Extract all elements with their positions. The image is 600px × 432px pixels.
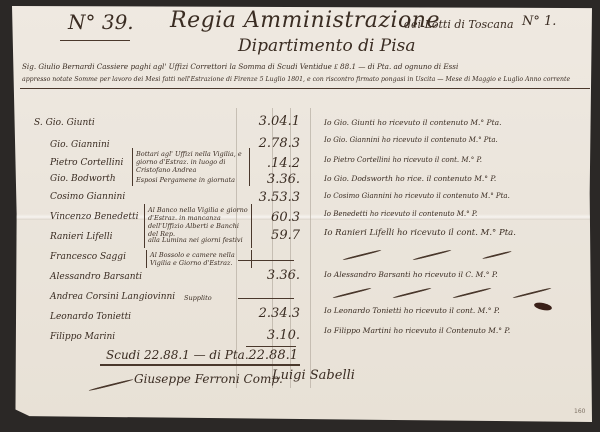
ledger-name: Leonardo Tonietti — [50, 312, 131, 322]
ink-blot — [533, 301, 552, 312]
ledger-receipt: Io Pietro Cortellini ho ricevuto il cont… — [324, 156, 482, 164]
cancel-stroke — [412, 249, 451, 261]
ledger-receipt: Io Gio. Giunti ho ricevuto il contenuto … — [324, 118, 501, 127]
ledger-name: Gio. Bodworth — [50, 174, 116, 184]
total-label: Scudi 22.88.1 — di Pta. — [106, 348, 249, 362]
ledger-note: Al Bossolo e camere nella Vigilia e Gior… — [150, 251, 250, 267]
ledger-name: Francesco Saggi — [50, 252, 126, 262]
ledger-name: S. Gio. Giunti — [34, 118, 95, 128]
ledger-amount: 3.36. — [240, 172, 300, 187]
preamble-line-2: appresso notate Somme per lavoro dei Mes… — [22, 76, 570, 83]
ledger-name: Vincenzo Benedetti — [50, 212, 138, 222]
ledger-name: Pietro Cortellini — [50, 158, 123, 168]
archive-mark: 160 — [574, 408, 585, 415]
ledger-amount: 2.78.3 — [240, 136, 300, 151]
total-amount: 22.88.1 — [238, 348, 298, 363]
ledger-name: Cosimo Giannini — [50, 192, 125, 202]
total-double-rule — [100, 364, 300, 366]
ledger-receipt: Io Gio. Giannini ho ricevuto il contenut… — [324, 136, 498, 144]
ledger-receipt: Io Gio. Dodsworth ho rice. il contenuto … — [324, 174, 496, 183]
ledger-name: Ranieri Lifelli — [50, 232, 113, 242]
cancel-stroke — [342, 249, 381, 261]
blank-amount-dash — [238, 298, 294, 299]
ledger-name: Filippo Marini — [50, 332, 115, 342]
ledger-receipt: Io Filippo Martini ho ricevuto il Conten… — [324, 326, 510, 335]
number-underline — [60, 40, 130, 41]
ledger-amount: 59.7 — [240, 228, 300, 243]
ledger-note: Supplito — [184, 294, 212, 302]
cancel-stroke — [512, 287, 551, 299]
ledger-note: Bottari agl' Uffizi nella Vigilia, e gio… — [136, 150, 246, 174]
ledger-receipt: Io Leonardo Tonietti ho ricevuto il cont… — [324, 306, 500, 315]
blank-amount-dash — [238, 260, 294, 261]
signature-flourish — [88, 378, 133, 391]
ledger-note: alla Lumina nei giorni festivi — [148, 236, 243, 244]
header-rule — [20, 88, 590, 89]
preamble-line-1: Sig. Giulio Bernardi Cassiere paghi agl'… — [22, 62, 458, 71]
receipt-column-rule — [310, 108, 311, 388]
document-subtitle: Dipartimento di Pisa — [238, 36, 416, 56]
ledger-amount: 60.3 — [240, 210, 300, 225]
total-rule — [246, 346, 296, 347]
document-title-suffix: dei Lotti di Toscana — [404, 18, 514, 31]
cancel-stroke — [482, 250, 512, 259]
manuscript-page: N° 39. Regia Amministrazione dei Lotti d… — [12, 6, 592, 422]
ledger-amount: .14.2 — [240, 156, 300, 171]
ledger-amount: 2.34.3 — [240, 306, 300, 321]
ledger-name: Gio. Giannini — [50, 140, 110, 150]
ledger-receipt: Io Cosimo Giannini ho ricevuto il conten… — [324, 192, 510, 200]
ledger-amount: 3.10. — [240, 328, 300, 343]
ledger-name: Alessandro Barsanti — [50, 272, 142, 282]
ledger-amount: 3.53.3 — [240, 190, 300, 205]
document-title: Regia Amministrazione — [170, 8, 440, 33]
document-number-right: N° 1. — [522, 14, 556, 29]
ledger-receipt: Io Benedetti ho ricevuto il contenuto M.… — [324, 210, 477, 218]
cancel-stroke — [332, 287, 371, 299]
ledger-receipt: Io Ranieri Lifelli ho ricevuto il cont. … — [324, 228, 516, 238]
signature-left: Giuseppe Ferroni Comp. — [134, 372, 283, 386]
ledger-note: Al Banco nella Vigilia e giorno d'Estraz… — [148, 206, 248, 238]
ledger-note: Esposi Pergamene in giornata — [136, 176, 235, 184]
cancel-stroke — [392, 287, 431, 299]
cancel-stroke — [452, 287, 491, 299]
ledger-amount: 3.04.1 — [240, 114, 300, 129]
ledger-name: Andrea Corsini Langiovinni — [50, 292, 175, 302]
ledger-receipt: Io Alessandro Barsanti ho ricevuto il C.… — [324, 270, 498, 279]
ledger-amount: 3.36. — [240, 268, 300, 283]
document-number-left: N° 39. — [68, 10, 134, 34]
signature-right: Luigi Sabelli — [272, 368, 355, 383]
